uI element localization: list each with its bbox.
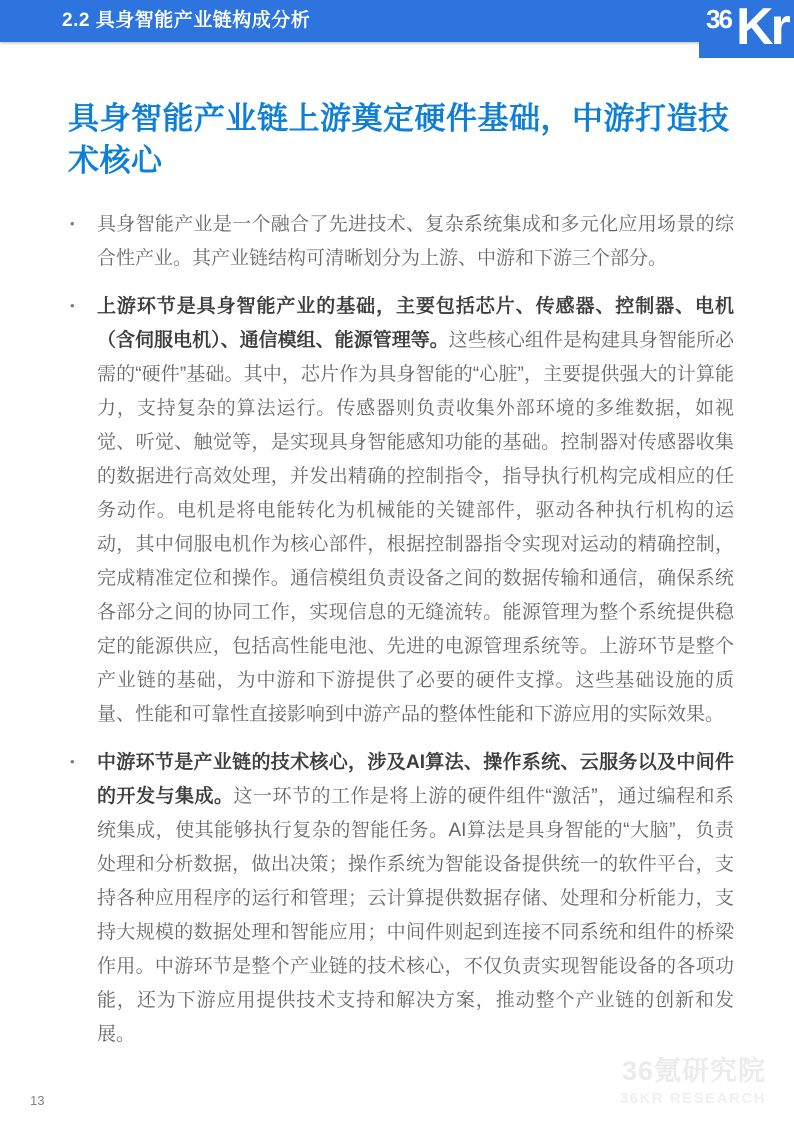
report-page-body: 具身智能产业链上游奠定硬件基础，中游打造技术核心 •具身智能产业是一个融合了先进…	[68, 0, 734, 1066]
watermark: 36氪研究院 36KR RESEARCH	[620, 1057, 766, 1107]
bullet-icon: •	[70, 207, 75, 241]
watermark-english: 36KR RESEARCH	[620, 1090, 766, 1107]
page-title: 具身智能产业链上游奠定硬件基础，中游打造技术核心	[68, 98, 734, 182]
36kr-logo-kr: Kr	[736, 1, 788, 53]
watermark-chinese: 36氪研究院	[620, 1057, 766, 1087]
page-number: 13	[30, 1093, 44, 1108]
bullet-icon: •	[70, 745, 75, 779]
paragraph-text: 具身智能产业是一个融合了先进技术、复杂系统集成和多元化应用场景的综合性产业。其产…	[97, 214, 734, 269]
list-item: •上游环节是具身智能产业的基础，主要包括芯片、传感器、控制器、电机（含伺服电机）…	[68, 290, 734, 732]
bullet-list: •具身智能产业是一个融合了先进技术、复杂系统集成和多元化应用场景的综合性产业。其…	[68, 208, 734, 1052]
paragraph-text: 这一环节的工作是将上游的硬件组件“激活”，通过编程和系统集成，使其能够执行复杂的…	[97, 786, 734, 1045]
bullet-icon: •	[70, 289, 75, 323]
list-item: •具身智能产业是一个融合了先进技术、复杂系统集成和多元化应用场景的综合性产业。其…	[68, 208, 734, 276]
paragraph-text: 这些核心组件是构建具身智能所必需的“硬件”基础。其中，芯片作为具身智能的“心脏”…	[97, 330, 734, 725]
list-item: •中游环节是产业链的技术核心，涉及AI算法、操作系统、云服务以及中间件的开发与集…	[68, 746, 734, 1052]
